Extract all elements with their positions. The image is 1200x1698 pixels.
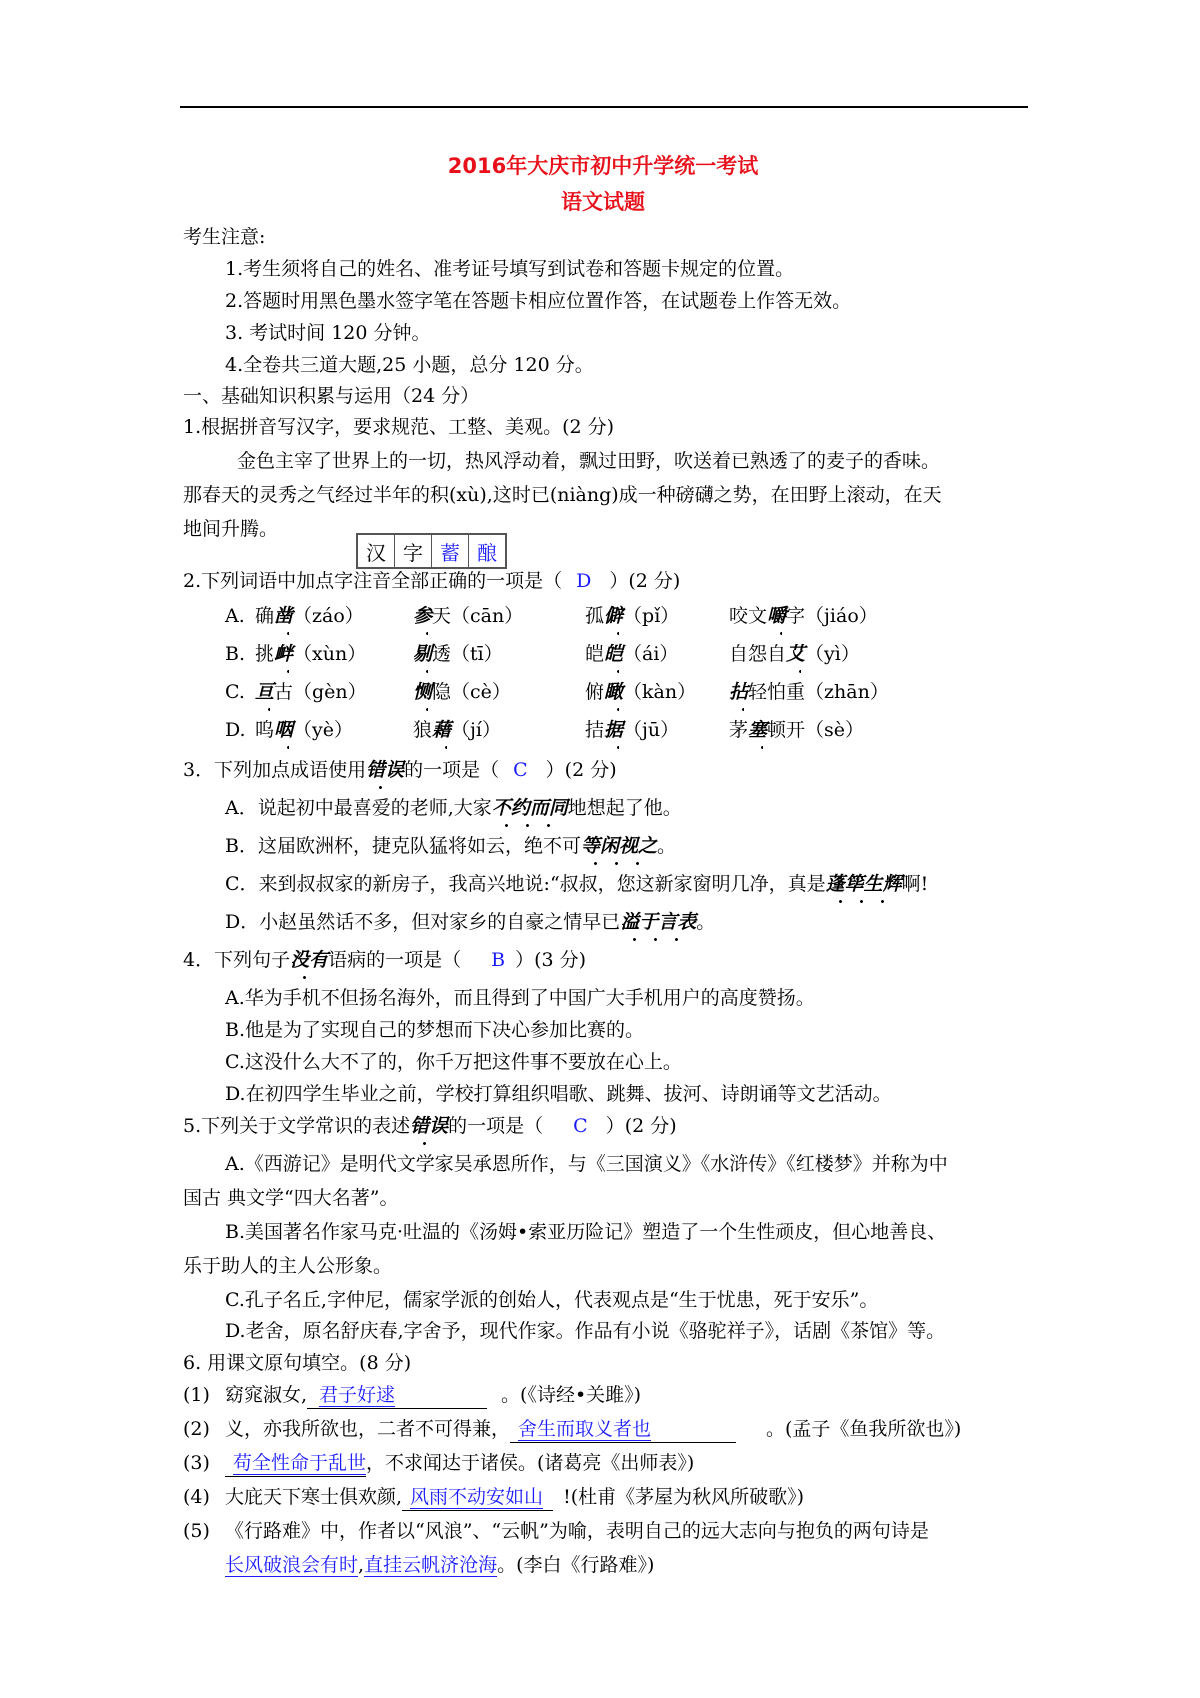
question-3-option: A．说起初中最喜爱的老师,大家不约而同地想起了他。 — [225, 795, 682, 821]
question-3-stem: 3．下列加点成语使用错误的一项是（C）(2 分) — [183, 757, 617, 783]
dotted-char: 僻 — [604, 603, 623, 629]
fill-item: (5)《行路难》中，作者以“风浪”、“云帆”为喻，表明自己的远大志向与抱负的两句… — [183, 1518, 929, 1544]
notice-item: 1.考生须将自己的姓名、准考证号填写到试卷和答题卡规定的位置。 — [225, 256, 794, 282]
dotted-char: 皑 — [604, 641, 623, 667]
word-item: 狼藉（jí） — [413, 717, 501, 743]
option-label: A. — [225, 603, 245, 629]
question-2-stem: 2.下列词语中加点字注音全部正确的一项是（D）(2 分) — [183, 568, 680, 594]
emphasized-word: 错误 — [410, 1113, 448, 1139]
question-1-stem: 1.根据拼音写汉字，要求规范、工整、美观。(2 分) — [183, 414, 614, 440]
answer-mark: B — [491, 949, 505, 971]
dotted-char: 恻 — [413, 679, 432, 705]
word-item: 呜咽（yè） — [255, 717, 353, 743]
question-4-option: C.这没什么大不了的，你千万把这件事不要放在心上。 — [225, 1049, 682, 1075]
question-5-stem: 5.下列关于文学常识的表述错误的一项是（C）(2 分) — [183, 1113, 677, 1139]
idiom: 蓬筚生辉 — [826, 871, 902, 897]
notice-item: 3. 考试时间 120 分钟。 — [225, 320, 431, 346]
question-5-line: A.《西游记》是明代文学家吴承恩所作，与《三国演义》《水浒传》《红楼梦》并称为中 — [225, 1151, 948, 1177]
word-item: 茅塞顿开（sè） — [729, 717, 864, 743]
answer-blank: 苟全性命于乱世 — [225, 1450, 366, 1477]
stem-text: ）(2 分) — [546, 759, 617, 781]
fill-item: (2)义，亦我所欲也，二者不可得兼，舍生而取义者也。(孟子《鱼我所欲也》) — [183, 1416, 961, 1443]
idiom: 不约而同 — [492, 795, 568, 821]
idiom: 溢于言表 — [620, 909, 696, 935]
question-4-option: D.在初四学生毕业之前，学校打算组织唱歌、跳舞、拔河、诗朗诵等文艺活动。 — [225, 1081, 892, 1107]
dotted-char: 剔 — [413, 641, 432, 667]
dotted-char: 塞 — [748, 717, 767, 743]
word-item: 挑衅（xùn） — [255, 641, 366, 667]
grid-answer-cell: 酿 — [469, 534, 507, 568]
question-3-option: B．这届欧洲杯，捷克队猛将如云，绝不可等闲视之。 — [225, 833, 676, 859]
dotted-char: 嚼 — [767, 603, 786, 629]
dotted-char: 瞰 — [604, 679, 623, 705]
question-5-line: D.老舍，原名舒庆春,字舍予，现代作家。作品有小说《骆驼祥子》，话剧《茶馆》等。 — [225, 1318, 945, 1344]
question-6-stem: 6. 用课文原句填空。(8 分) — [183, 1350, 411, 1376]
answer-blank: 风雨不动安如山 — [402, 1484, 553, 1511]
question-4-option: A.华为手机不但扬名海外，而且得到了中国广大手机用户的高度赞扬。 — [225, 985, 815, 1011]
answer-mark: C — [573, 1115, 588, 1137]
emphasized-word: 错误 — [366, 757, 404, 783]
option-label: C. — [225, 679, 245, 705]
dotted-char: 咽 — [274, 717, 293, 743]
dotted-char: 藉 — [432, 717, 451, 743]
grid-answer-cell: 蓄 — [432, 534, 469, 568]
word-item: 拮据（jū） — [585, 717, 679, 743]
question-5-line: B.美国著名作家马克·吐温的《汤姆•索亚历险记》塑造了一个生性顽皮，但心地善良、 — [225, 1219, 946, 1245]
answer-text: 直挂云帆济沧海 — [364, 1554, 497, 1577]
question-1-passage: 那春天的灵秀之气经过半年的积(xù),这时已(niàng)成一种磅礴之势，在田野… — [183, 482, 942, 508]
stem-text: 的一项是（ — [404, 759, 499, 781]
answer-blank: 舍生而取义者也 — [510, 1416, 736, 1443]
fill-item-answers: 长风破浪会有时,直挂云帆济沧海。(李白《行路难》) — [225, 1552, 654, 1578]
grid-cell: 汉 — [357, 534, 395, 568]
dotted-char: 艾 — [786, 641, 805, 667]
word-item: 确凿（záo） — [255, 603, 364, 629]
question-1-passage: 金色主宰了世界上的一切，热风浮动着，飘过田野，吹送着已熟透了的麦子的香味。 — [237, 448, 940, 474]
option-label: B. — [225, 641, 245, 667]
stem-text: 2.下列词语中加点字注音全部正确的一项是（ — [183, 570, 562, 592]
fill-item: (4)大庇天下寒士俱欢颜,风雨不动安如山!(杜甫《茅屋为秋风所破歌》) — [183, 1484, 804, 1511]
fill-item: (3)苟全性命于乱世，不求闻达于诸侯。(诸葛亮《出师表》) — [183, 1450, 694, 1477]
answer-mark: C — [513, 759, 528, 781]
answer-blank: 君子好逑 — [307, 1382, 487, 1409]
word-item: 亘古（gèn） — [255, 679, 367, 705]
dotted-char: 凿 — [274, 603, 293, 629]
option-label: D. — [225, 717, 246, 743]
dotted-char: 亘 — [255, 679, 274, 705]
notice-item: 4.全卷共三道大题,25 小题，总分 120 分。 — [225, 352, 594, 378]
question-5-line: 乐于助人的主人公形象。 — [183, 1253, 392, 1279]
header-rule — [180, 106, 1028, 108]
word-item: 拈轻怕重（zhān） — [729, 679, 889, 705]
question-5-line: 国古 典文学“四大名著”。 — [183, 1185, 398, 1211]
word-item: 恻隐（cè） — [413, 679, 511, 705]
idiom: 等闲视之 — [581, 833, 657, 859]
question-5-line: C.孔子名丘,字仲尼，儒家学派的创始人，代表观点是“生于忧患，死于安乐”。 — [225, 1287, 878, 1313]
fill-item: (1)窈窕淑女,君子好逑。(《诗经•关雎》) — [183, 1382, 641, 1409]
grid-cell: 字 — [395, 534, 432, 568]
emphasized-word: 没有 — [290, 947, 328, 973]
dotted-char: 据 — [604, 717, 623, 743]
section-heading: 一、基础知识积累与运用（24 分） — [183, 383, 479, 409]
word-item: 皑皑（ái） — [585, 641, 678, 667]
word-item: 参天（cān） — [413, 603, 523, 629]
word-item: 咬文嚼字（jiáo） — [729, 603, 878, 629]
question-4-stem: 4．下列句子没有语病的一项是（B）(3 分) — [183, 947, 586, 973]
answer-text: 长风破浪会有时 — [225, 1554, 358, 1577]
dotted-char: 衅 — [274, 641, 293, 667]
word-item: 剔透（tī） — [413, 641, 503, 667]
question-1-passage: 地间升腾。 — [183, 516, 278, 542]
answer-mark: D — [576, 570, 591, 592]
question-4-option: B.他是为了实现自己的梦想而下决心参加比赛的。 — [225, 1017, 644, 1043]
notice-heading: 考生注意: — [183, 224, 265, 250]
question-3-option: C．来到叔叔家的新房子，我高兴地说:“叔叔，您这新家窗明几净，真是蓬筚生辉啊! — [225, 871, 928, 897]
exam-subtitle: 语文试题 — [0, 186, 1200, 216]
dotted-char: 参 — [413, 603, 432, 629]
question-3-option: D．小赵虽然话不多，但对家乡的自豪之情早已溢于言表。 — [225, 909, 715, 935]
stem-text: 3．下列加点成语使用 — [183, 759, 366, 781]
word-item: 孤僻（pǐ） — [585, 603, 679, 629]
exam-title: 2016年大庆市初中升学统一考试 — [0, 150, 1200, 180]
character-grid: 汉 字 蓄 酿 — [356, 533, 507, 569]
dotted-char: 拈 — [729, 679, 748, 705]
notice-item: 2.答题时用黑色墨水签字笔在答题卡相应位置作答，在试题卷上作答无效。 — [225, 288, 851, 314]
word-item: 俯瞰（kàn） — [585, 679, 696, 705]
word-item: 自怨自艾（yì） — [729, 641, 860, 667]
stem-text: ）(2 分) — [609, 570, 680, 592]
